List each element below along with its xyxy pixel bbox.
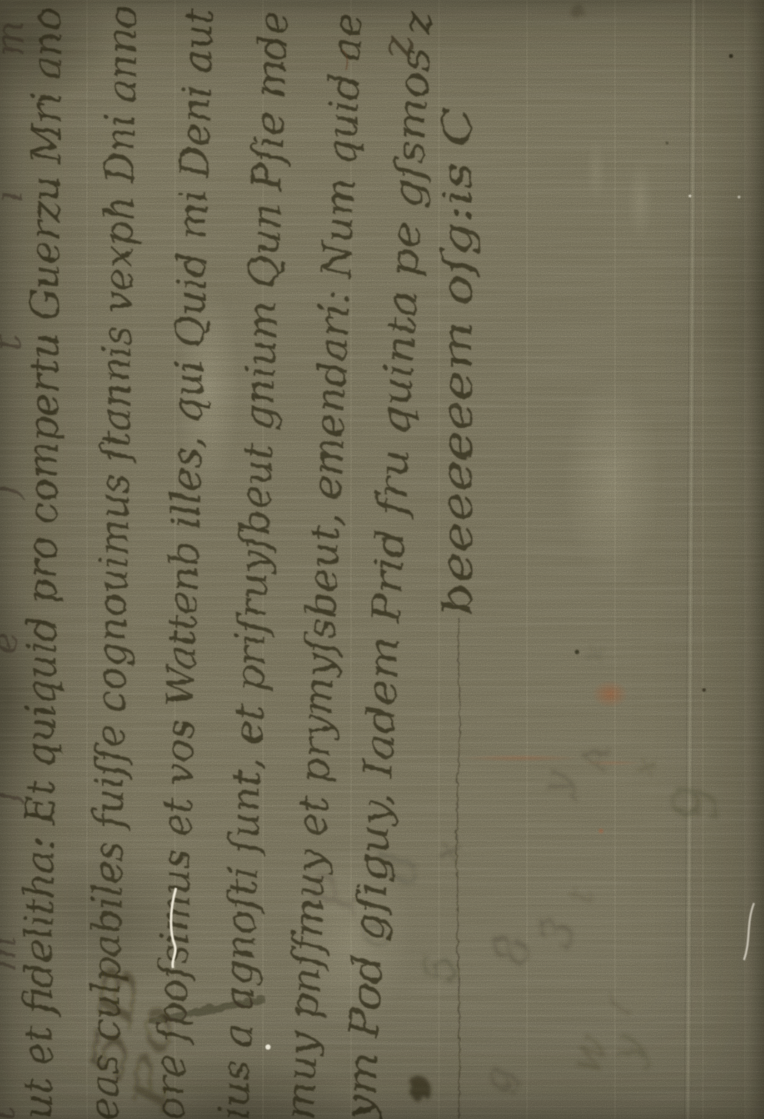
ghost-marks: y A x 9 x 5 8 3 w y g t ( P o d x	[298, 2, 731, 1096]
fibre-rect	[0, 0, 764, 1119]
ghost-mark: 9	[657, 778, 731, 823]
ghost-mark: P	[298, 868, 369, 914]
smudge-fragment-2: Po	[123, 1000, 180, 1115]
fibre-hair	[342, 50, 347, 70]
ink-blotch	[408, 1074, 428, 1100]
manuscript-photo: ut et fidelitha: Et quiquid pro compertu…	[0, 0, 764, 1119]
ink-layer: ut et fidelitha: Et quiquid pro compertu…	[0, 0, 764, 1119]
handwriting-line-1: ut et fidelitha: Et quiquid pro compertu…	[14, 6, 70, 1118]
paper-chain-lines	[0, 0, 764, 1119]
ghost-mark: x	[624, 751, 663, 778]
ink-speck	[702, 688, 706, 692]
white-speck	[738, 196, 741, 199]
white-speck	[265, 1044, 270, 1049]
handwriting-line-3: ore ſpoſsimus et vos Wattenb illes, qui …	[146, 6, 221, 1119]
ghost-mark: y	[594, 1025, 654, 1069]
pen-tail-stroke	[455, 616, 458, 1117]
ghost-mark: A	[572, 741, 616, 774]
ghost-mark: d	[368, 847, 428, 885]
paper-crease-line	[684, 0, 697, 1119]
handwriting-line-2: eas culpabiles fuiſſe cognouimus ſtannis…	[80, 4, 145, 1119]
smudge-stroke	[148, 998, 264, 1020]
faded-ink-smudge	[568, 2, 582, 16]
ghost-mark: t	[557, 883, 599, 904]
handwriting-line-6: ym Pod gſiguy, Iadem Prid fru quinta pe …	[336, 8, 440, 1119]
ghost-mark: 5	[412, 950, 466, 983]
smudge-fragment-1: 5B	[77, 957, 147, 1083]
ghost-mark: (	[596, 987, 636, 1018]
ink-speck	[666, 142, 669, 145]
white-scratch-left	[171, 888, 176, 968]
ink-speck	[729, 54, 733, 58]
edge-fragment: t m ſ e ) t i m	[0, 19, 31, 1119]
ghost-mark: w	[556, 1026, 617, 1079]
bottom-smudges: 5B Po	[77, 957, 428, 1115]
paper-fibre-texture	[0, 0, 764, 1119]
ghost-mark: y	[527, 762, 581, 799]
ghost-mark: o	[344, 917, 397, 949]
ghost-mark: g	[468, 1058, 522, 1096]
handwriting-columns: ut et fidelitha: Et quiquid pro compertu…	[0, 4, 480, 1119]
handwriting-line-4: ius a agnoſti ſunt, et priſruyſbeut gniu…	[211, 8, 296, 1119]
paper-fibre-striations	[0, 0, 764, 1119]
ghost-mark: 3	[528, 910, 585, 951]
grain-rect	[0, 0, 764, 1119]
paper-shading-and-stains	[0, 0, 764, 1119]
ghost-mark: 8	[481, 928, 541, 968]
ghost-mark: x	[574, 640, 612, 664]
stray-mark: z	[370, 31, 423, 59]
damage-marks	[171, 50, 754, 1050]
handwriting-line-5: muy pnſfmuy et prymyſsbeut, emendari: Nu…	[276, 10, 370, 1119]
ink-speck	[575, 650, 579, 654]
paper-grain-texture	[0, 0, 764, 1119]
signature-flourish: beeeeeeem oſg:is C	[434, 106, 480, 614]
edge-vignette	[0, 0, 764, 1119]
ghost-mark: x	[424, 835, 468, 863]
paper-right-edge-band	[744, 0, 764, 1119]
